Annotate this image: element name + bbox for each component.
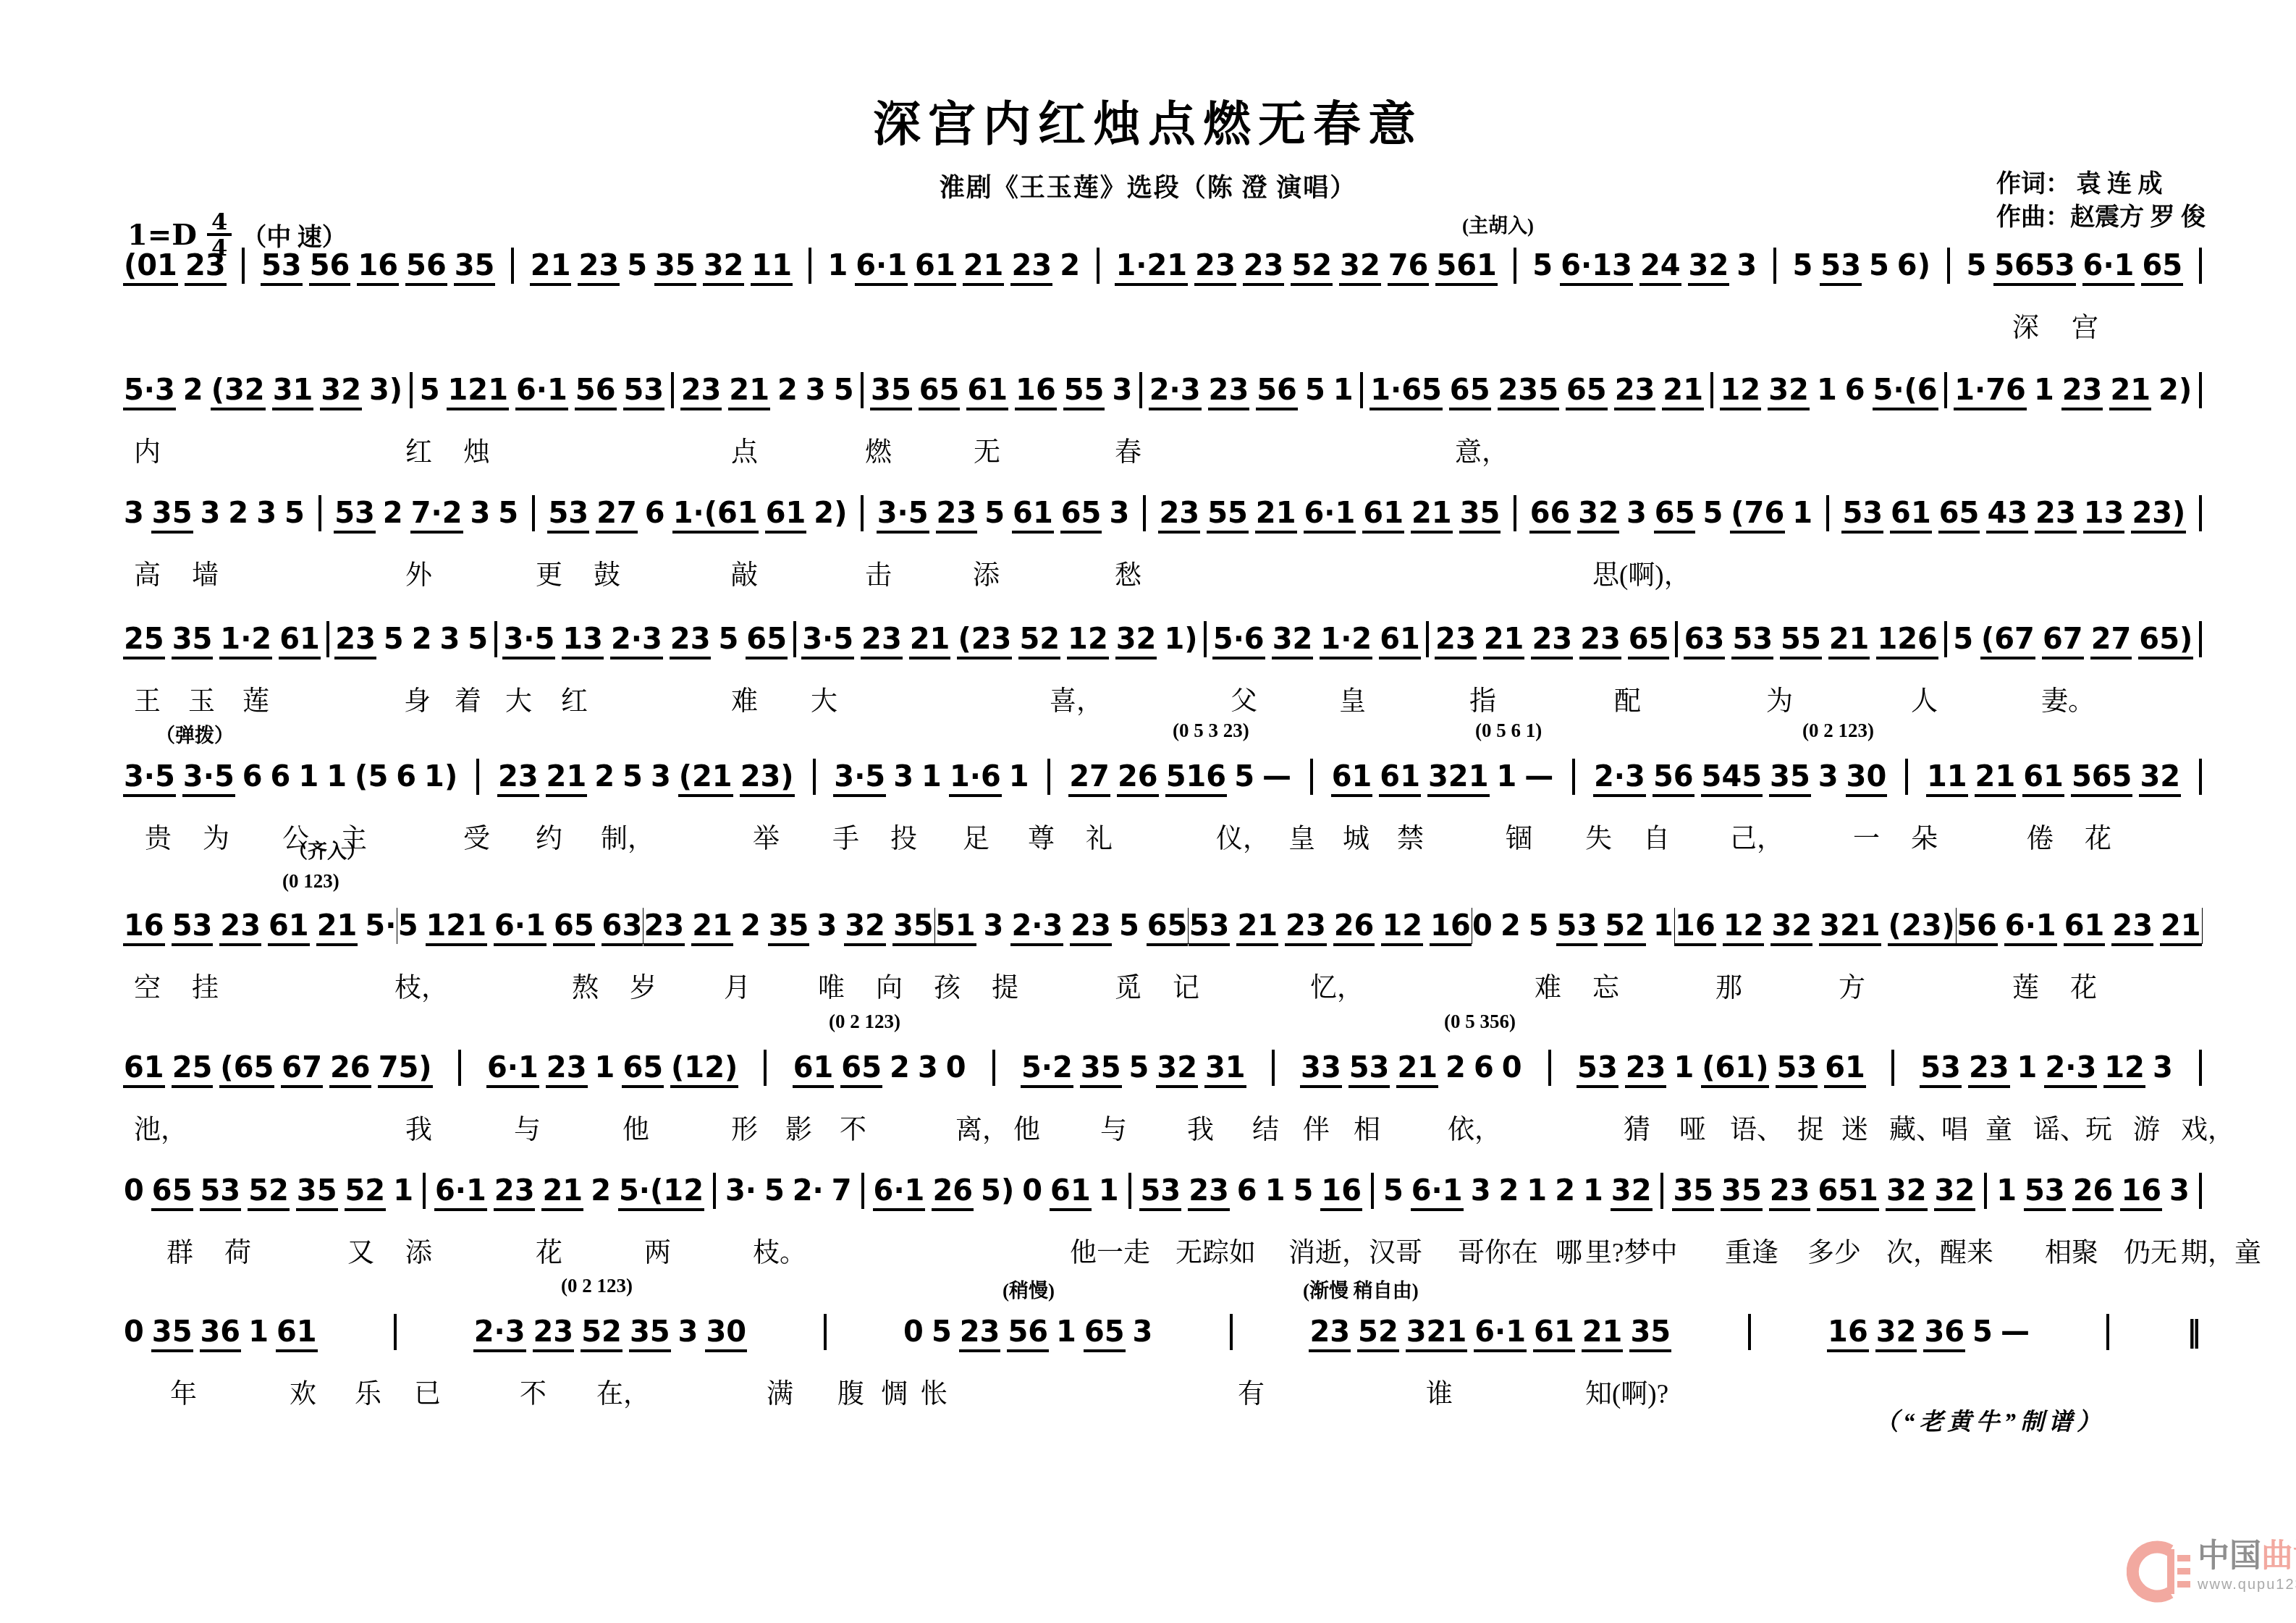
note-group: 21	[2109, 375, 2151, 410]
lyric-syllable: 哪	[1556, 1231, 1582, 1270]
note-group: 321	[1406, 1317, 1468, 1352]
measure: 2·3235235330	[473, 1317, 747, 1352]
barline	[809, 248, 811, 284]
note-group: 56	[575, 375, 617, 410]
measure: 6165230	[793, 1053, 967, 1088]
note-group: 5·3	[123, 375, 176, 410]
note-group: 1	[1582, 1176, 1604, 1211]
lyric-syllable: 猜	[1624, 1108, 1650, 1147]
note-group: 6	[1236, 1176, 1258, 1211]
note-group: 5	[1702, 498, 1723, 534]
measure: 532761·(61612)	[547, 498, 848, 534]
note-group: 16	[1320, 1176, 1362, 1211]
measure: 6125(65672675)	[123, 1053, 433, 1088]
note-group: 53	[623, 375, 665, 410]
measure: 1·212323523276561	[1115, 250, 1498, 286]
note-group: 2	[382, 498, 404, 534]
note-group: 5	[1118, 911, 1140, 946]
lyric-syllable: 藏、	[1889, 1108, 1943, 1147]
lyric-syllable: 他一走	[1070, 1231, 1150, 1270]
performance-annotation: （齐入）	[288, 835, 366, 864]
note-group: (67	[1980, 624, 2035, 659]
note-group: 63	[1684, 624, 1726, 659]
note-group: 651	[1817, 1176, 1879, 1211]
note-group: 32	[1934, 1176, 1976, 1211]
note-group: 3·5	[123, 762, 176, 797]
note-group: 11	[751, 250, 793, 286]
lyric-syllable: 礼	[1086, 817, 1113, 856]
note-group: 6	[395, 762, 417, 797]
lyric-syllable: 唱	[1941, 1108, 1968, 1147]
measure: 23523216·1612135	[1309, 1317, 1671, 1352]
note-group: 21	[1411, 498, 1453, 534]
note-group: 6	[1473, 1053, 1495, 1088]
lyric-syllable: 伴	[1303, 1108, 1330, 1147]
note-group: 23	[1070, 911, 1112, 946]
lyricist-credit: 作词： 袁 连 成	[1996, 164, 2163, 199]
note-group: 6·1	[494, 911, 546, 946]
lyric-syllable: 意，	[1455, 430, 1508, 469]
barline	[2199, 759, 2202, 795]
note-group: 3	[2152, 1053, 2174, 1088]
note-group: 27	[1068, 762, 1110, 797]
lyric-syllable: 里?梦中	[1585, 1231, 1677, 1270]
note-group: 3·5	[877, 498, 929, 534]
note-group: 12	[1720, 375, 1762, 410]
lyric-syllable: 王	[134, 679, 161, 718]
lyric-syllable: 荷	[224, 1231, 251, 1270]
note-group: 12	[1067, 624, 1109, 659]
lyric-syllable: 捉	[1797, 1108, 1824, 1147]
note-group: 61	[268, 911, 310, 946]
note-group: 1	[1653, 911, 1674, 946]
note-group: 35	[1629, 1317, 1671, 1352]
note-group: 23	[494, 1176, 536, 1211]
page-subtitle: 淮剧《王玉莲》选段（陈 澄 演唱）	[0, 168, 2296, 204]
note-group: 6·1	[873, 1176, 926, 1211]
note-group: 61	[123, 1053, 165, 1088]
note-group: 1	[326, 762, 347, 797]
note-group: 5	[1128, 1053, 1150, 1088]
barline	[318, 495, 321, 531]
note-group: 21	[1483, 624, 1525, 659]
barline	[2199, 248, 2202, 284]
note-group: 6·1	[855, 250, 908, 286]
note-group: 30	[705, 1317, 747, 1352]
lyric-syllable: 提	[992, 966, 1018, 1005]
note-group: 1·65	[1369, 375, 1443, 410]
note-group: 5	[1791, 250, 1813, 286]
note-group: 6·1	[2004, 911, 2057, 946]
note-group: 5	[1952, 624, 1974, 659]
note-group: 31	[272, 375, 314, 410]
note-group: 5	[383, 624, 405, 659]
lyric-syllable: 玩	[2085, 1108, 2112, 1147]
note-group: 12	[1381, 911, 1423, 946]
note-group: 1·76	[1954, 375, 2027, 410]
note-group: 3	[200, 498, 221, 534]
lyric-syllable: 不	[520, 1372, 546, 1411]
performance-annotation: (0 123)	[282, 870, 339, 893]
note-group: 53	[1920, 1053, 1962, 1088]
note-group: 1·6	[949, 762, 1002, 797]
lyric-syllable: 约	[536, 817, 562, 856]
lyric-syllable: 妻。	[2041, 679, 2095, 718]
measure: 25351·261	[123, 624, 321, 659]
note-group: 35	[1672, 1176, 1714, 1211]
note-group: 3	[917, 1053, 939, 1088]
lyric-syllable: 鼓	[594, 553, 620, 592]
lyric-syllable: 贵	[145, 817, 172, 856]
note-group: 2)	[813, 498, 848, 534]
note-group: 1	[1265, 1176, 1286, 1211]
performance-annotation: (0 5 3 23)	[1173, 720, 1249, 742]
note-group: 23	[497, 762, 539, 797]
note-group: 0	[1501, 1053, 1523, 1088]
note-group: 5	[622, 762, 643, 797]
note-group: 32	[703, 250, 745, 286]
note-group: 35	[172, 624, 214, 659]
note-group: 1	[1673, 1053, 1694, 1088]
note-group: 21	[1236, 911, 1278, 946]
lyric-syllable: 形	[731, 1108, 758, 1147]
note-group: 32	[2139, 762, 2181, 797]
note-group: 3	[1132, 1317, 1154, 1352]
lyric-syllable: 岁	[630, 966, 657, 1005]
lyric-syllable: 忆，	[1310, 966, 1364, 1005]
barline	[532, 495, 535, 531]
note-group: 6·1	[1474, 1317, 1527, 1352]
note-group: 13	[562, 624, 604, 659]
note-group: 23	[2111, 911, 2153, 946]
performance-annotation: (渐慢 稍自由)	[1303, 1275, 1419, 1303]
note-group: 53	[1776, 1053, 1818, 1088]
note-group: 61	[1050, 1176, 1092, 1211]
lyric-syllable: 无踪如	[1176, 1231, 1256, 1270]
note-group: 65	[1628, 624, 1670, 659]
lyric-syllable: 枝，	[394, 966, 448, 1005]
note-group: 65	[746, 624, 788, 659]
note-group: 3	[123, 498, 145, 534]
note-group: 16	[1430, 911, 1472, 946]
note-group: 21	[2160, 911, 2202, 946]
measure: 566·1612321	[1956, 911, 2202, 946]
note-group: 23	[1435, 624, 1477, 659]
note-group: 35	[151, 498, 193, 534]
barline	[410, 372, 413, 408]
lyric-syllable: 影	[785, 1108, 812, 1147]
note-group: 56	[405, 250, 447, 286]
watermark-site-name-gray: 中国	[2198, 1538, 2261, 1574]
note-group: 2	[1445, 1053, 1466, 1088]
note-group: 61	[1379, 762, 1421, 797]
note-group: (61)	[1701, 1053, 1769, 1088]
note-group: 65	[1654, 498, 1696, 534]
note-group: 6	[644, 498, 666, 534]
measure: 6·1232125·(12	[434, 1176, 704, 1211]
note-group: 1)	[1163, 624, 1198, 659]
note-group: 61	[793, 1053, 835, 1088]
site-watermark: 中国曲谱网 www.qupu123.com	[2127, 1540, 2296, 1603]
lyric-syllable: 烛	[463, 430, 490, 469]
note-group: 16	[1015, 375, 1057, 410]
note-group: 2	[182, 375, 204, 410]
barline	[326, 621, 329, 657]
lyric-syllable: 失	[1585, 817, 1612, 856]
lyric-syllable: 哑	[1679, 1108, 1706, 1147]
note-group: 3	[1626, 498, 1647, 534]
note-group: 2·3	[1149, 375, 1202, 410]
note-group: 3·	[725, 1176, 757, 1211]
note-group: 24	[1639, 250, 1681, 286]
note-group: 23	[2061, 375, 2103, 410]
measure: 335321260	[1300, 1053, 1523, 1088]
barline	[2199, 372, 2202, 408]
note-group: 5	[397, 911, 419, 946]
lyric-syllable: 月	[724, 966, 751, 1005]
note-group: 61	[1012, 498, 1054, 534]
note-group: (65	[219, 1053, 274, 1088]
lyric-syllable: 击	[865, 553, 892, 592]
measure: 235235	[334, 624, 489, 659]
barline	[1143, 495, 1146, 531]
key-signature: 1=D	[127, 218, 197, 252]
note-group: 23	[578, 250, 620, 286]
barline	[1944, 372, 1947, 408]
lyric-syllable: 戏，	[2181, 1108, 2234, 1147]
lyric-syllable: 花	[2085, 817, 2111, 856]
note-group: 23	[1010, 250, 1052, 286]
note-group: 1	[1996, 1176, 2017, 1211]
performance-annotation: (0 2 123)	[1802, 720, 1874, 742]
lyric-syllable: 仪，	[1216, 817, 1270, 856]
lyric-syllable: 敲	[731, 553, 758, 592]
note-group: 26	[1117, 762, 1159, 797]
note-group: 3	[1108, 498, 1130, 534]
lyric-syllable: 仍无	[2124, 1231, 2177, 1270]
lyric-syllable: 语、	[1730, 1108, 1784, 1147]
lyric-syllable: 点	[731, 430, 758, 469]
note-group: 16	[123, 911, 165, 946]
note-group: 1·2	[219, 624, 272, 659]
lyric-syllable: 年	[170, 1372, 197, 1411]
barline	[494, 621, 497, 657]
note-group: 53	[547, 498, 589, 534]
note-group: 6·1	[486, 1053, 539, 1088]
lyric-syllable: 惆	[881, 1372, 908, 1411]
measure: 6·123165(12)	[486, 1053, 738, 1088]
measure: 02553521	[1472, 911, 1674, 946]
barline	[861, 372, 864, 408]
note-group: (23	[957, 624, 1012, 659]
note-group: 3·5	[502, 624, 555, 659]
measure: 21235353211	[530, 250, 793, 286]
lyric-syllable: 皇	[1339, 679, 1366, 718]
lyric-syllable: 配	[1614, 679, 1641, 718]
note-group: 61	[765, 498, 807, 534]
lyric-syllable: 城	[1343, 817, 1369, 856]
note-group: 51	[934, 911, 976, 946]
lyric-syllable: 春	[1115, 430, 1141, 469]
barline	[1660, 1173, 1663, 1209]
note-group: 3	[892, 762, 914, 797]
measure: 3·523561653	[877, 498, 1131, 534]
measure: 66323655(761	[1529, 498, 1814, 534]
barline	[1710, 372, 1713, 408]
measure: 2355216·1612135	[1158, 498, 1501, 534]
lyric-syllable: 怅	[921, 1372, 947, 1411]
note-group: 76	[1388, 250, 1430, 286]
performance-annotation: （弹拨）	[156, 720, 234, 748]
note-group: 61	[1379, 624, 1421, 659]
lyric-syllable: 结	[1252, 1108, 1279, 1147]
lyric-syllable: 尊	[1028, 817, 1055, 856]
barline	[992, 1050, 995, 1086]
note-group: 545	[1701, 762, 1763, 797]
note-group: 0	[123, 1317, 145, 1352]
lyric-syllable: 更	[536, 553, 562, 592]
note-group: 23	[1158, 498, 1200, 534]
lyric-syllable: 投	[890, 817, 917, 856]
performance-annotation: (0 2 123)	[561, 1275, 633, 1297]
note-group: 5	[717, 624, 739, 659]
lyric-syllable: 知(啊)?	[1585, 1372, 1668, 1411]
page-title: 深宫内红烛点燃无春意	[0, 85, 2296, 154]
note-group: 55	[1207, 498, 1249, 534]
barline	[1204, 621, 1207, 657]
barline	[2199, 1050, 2202, 1086]
note-group: 35	[892, 911, 934, 946]
note-group: 3	[1111, 375, 1133, 410]
barline	[1230, 1314, 1233, 1350]
note-group: 23	[1243, 250, 1285, 286]
note-group: 6·13	[1560, 250, 1633, 286]
measure: 3·53·56611(561)	[123, 762, 458, 797]
note-group: 1	[1333, 375, 1354, 410]
note-group: 65	[1147, 911, 1189, 946]
note-group: 2·3	[473, 1317, 526, 1352]
note-group: 5·	[364, 911, 397, 946]
note-group: 5	[931, 1317, 953, 1352]
lyric-syllable: 人	[1911, 679, 1938, 718]
note-group: 21	[541, 1176, 583, 1211]
lyric-syllable: 欢	[290, 1372, 316, 1411]
lyric-syllable: 重逢	[1725, 1231, 1778, 1270]
note-group: 65	[2141, 250, 2183, 286]
note-group: 32	[1688, 250, 1730, 286]
lyric-syllable: 受	[463, 817, 490, 856]
note-group: 32	[1875, 1317, 1917, 1352]
notation-system-4: 25351·2612352353·5132·3235653·52321(2352…	[123, 621, 2202, 659]
lyric-syllable: 为	[203, 817, 229, 856]
note-group: 23	[1188, 1176, 1230, 1211]
note-group: 2	[1498, 1176, 1519, 1211]
barline	[1826, 495, 1829, 531]
note-group: 56	[1007, 1317, 1049, 1352]
note-group: 6·1	[1304, 498, 1356, 534]
note-group: 3·5	[182, 762, 235, 797]
note-group: 16	[2120, 1176, 2162, 1211]
note-group: 1)	[423, 762, 458, 797]
note-group: 2·3	[1593, 762, 1646, 797]
measure: 3535236513232	[1672, 1176, 1975, 1211]
barline	[2106, 1314, 2109, 1350]
lyric-syllable: 自	[1643, 817, 1670, 856]
note-group: 3	[805, 375, 827, 410]
note-group: 30	[1846, 762, 1888, 797]
lyric-syllable: 朵	[1911, 817, 1938, 856]
note-group: 3	[678, 1317, 699, 1352]
note-group: 16	[1674, 911, 1716, 946]
note-group: 65	[1084, 1317, 1126, 1352]
note-group: 61	[1362, 498, 1404, 534]
note-group: 5	[1532, 250, 1553, 286]
barline	[1128, 1173, 1131, 1209]
lyric-syllable: 有	[1238, 1372, 1265, 1411]
lyric-syllable: 相聚	[2045, 1231, 2098, 1270]
measure: 0523561653	[903, 1317, 1153, 1352]
notation-system-9: 035361612·3235235330052356165323523216·1…	[123, 1314, 2202, 1352]
measure: 1632365—	[1827, 1317, 2030, 1352]
note-group: 1	[1816, 375, 1838, 410]
note-group: 7·2	[410, 498, 463, 534]
lyric-syllable: 玉	[188, 679, 215, 718]
lyric-syllable: 期，童	[2181, 1231, 2261, 1270]
note-group: 5	[764, 1176, 785, 1211]
barline	[1310, 759, 1313, 795]
note-group: 61	[2022, 762, 2064, 797]
note-group: 5653	[1993, 250, 2075, 286]
note-group: 23	[1285, 911, 1327, 946]
lyric-syllable: 乐	[355, 1372, 381, 1411]
lyric-syllable: 两	[644, 1231, 671, 1270]
note-group: 61	[966, 375, 1008, 410]
lyric-syllable: 孩	[934, 966, 961, 1005]
lyric-syllable: 觅	[1115, 966, 1141, 1005]
measure: 5327·235	[334, 498, 519, 534]
note-group: 5·(12	[618, 1176, 704, 1211]
note-group: 67	[2042, 624, 2084, 659]
note-group: 65	[622, 1053, 664, 1088]
lyric-syllable: 红	[405, 430, 432, 469]
note-group: 12	[2103, 1053, 2145, 1088]
note-group: 5	[1972, 1317, 1993, 1352]
note-group: 21	[316, 911, 358, 946]
note-group: 53	[1577, 1053, 1618, 1088]
note-group: 6	[242, 762, 263, 797]
note-group: 53	[172, 911, 214, 946]
note-group: 23	[936, 498, 978, 534]
note-group: 35	[654, 250, 696, 286]
barline	[1675, 621, 1678, 657]
note-group: 7	[831, 1176, 853, 1211]
note-group: 53	[1731, 624, 1773, 659]
note-group: 1	[827, 250, 848, 286]
lyric-syllable: 他	[622, 1108, 649, 1147]
lyric-syllable: 消逝，汉哥	[1288, 1231, 1422, 1270]
note-group: 21	[1975, 762, 2017, 797]
note-group: 5·(6	[1873, 375, 1938, 410]
lyric-syllable: 我	[405, 1108, 432, 1147]
note-group: 11	[1926, 762, 1968, 797]
note-group: 23	[533, 1317, 575, 1352]
note-group: 27	[2090, 624, 2132, 659]
note-group: 12	[1723, 911, 1765, 946]
lyric-syllable: 愁	[1115, 553, 1141, 592]
note-group: 35	[296, 1176, 338, 1211]
note-group: 61	[2064, 911, 2106, 946]
barline	[1514, 248, 1516, 284]
